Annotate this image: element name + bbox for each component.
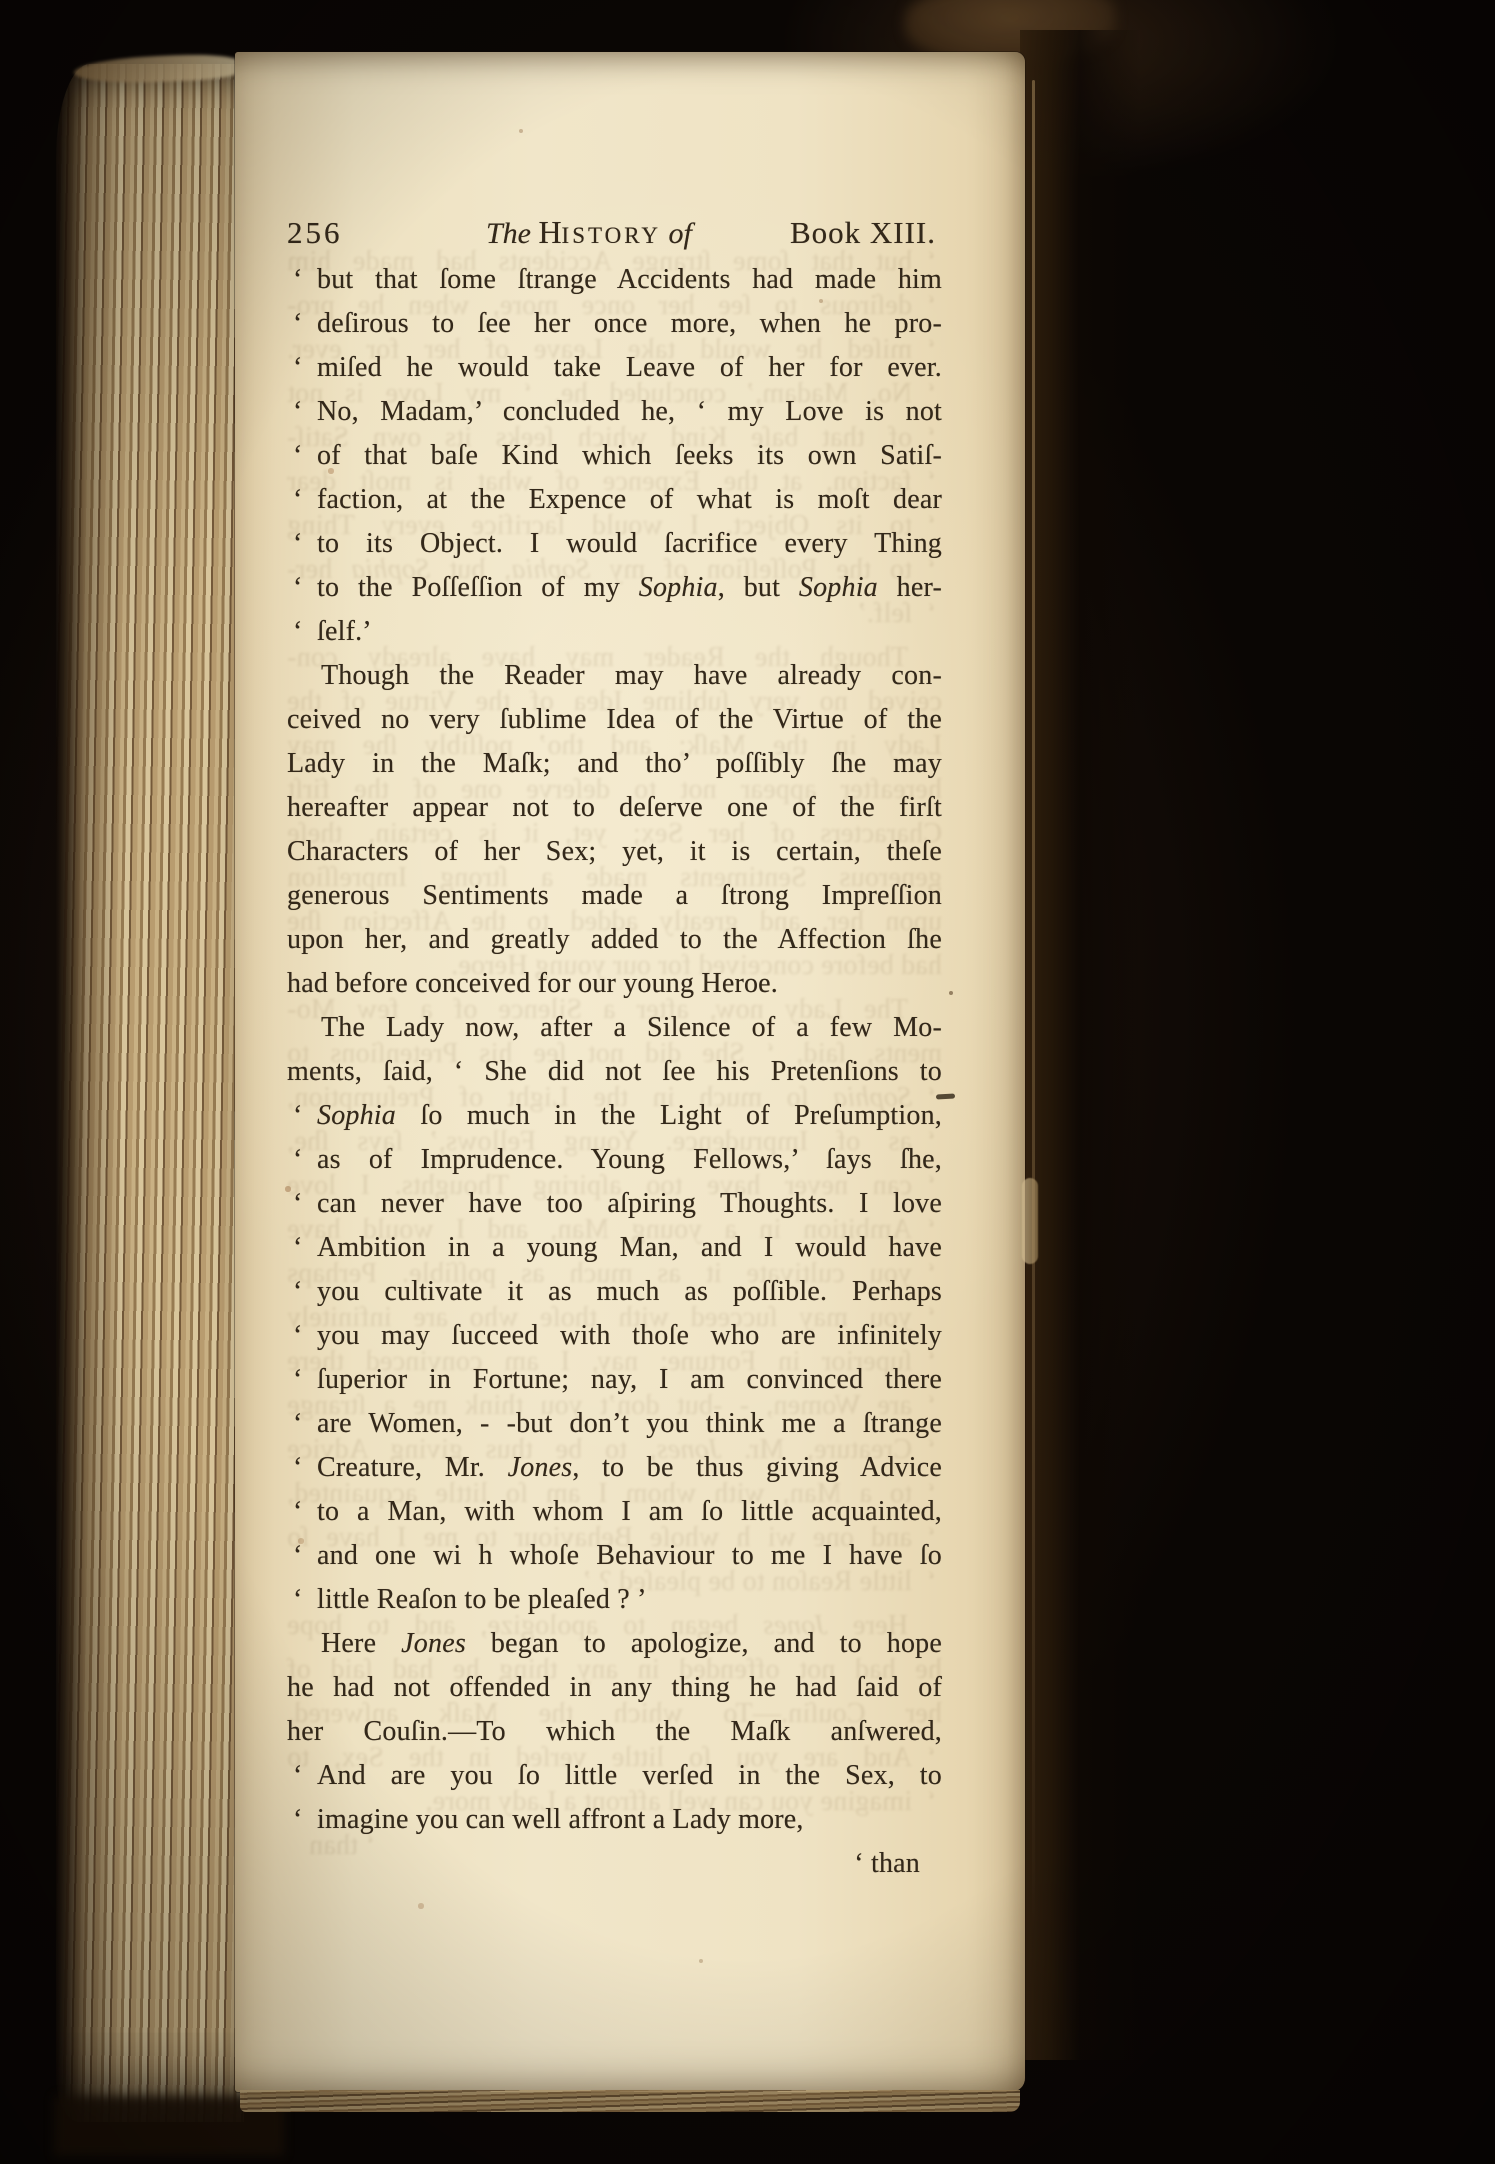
text-line: ‘of that baſe Kind which ſeeks its own S… — [287, 434, 942, 478]
text-line: ‘to the Poſſeſſion of my Sophia, but Sop… — [287, 566, 942, 610]
text-line: ‘faction, at the Expence of what is moſt… — [287, 478, 942, 522]
text-block: ‘but that ſome ſtrange Accidents had mad… — [287, 258, 942, 1886]
quote-mark: ‘ — [293, 522, 303, 566]
quote-mark: ‘ — [293, 258, 303, 302]
quote-mark: ‘ — [293, 1270, 303, 1314]
text-line: ‘are Women, - -but don’t you think me a … — [287, 1402, 942, 1446]
text-line: hereafter appear not to deſerve one of t… — [287, 786, 942, 830]
quote-mark: ‘ — [293, 1182, 303, 1226]
text-line: he had not offended in any thing he had … — [287, 1666, 942, 1710]
text-line: ‘imagine you can well affront a Lady mor… — [287, 1798, 942, 1842]
quote-mark: ‘ — [293, 1754, 303, 1798]
text-line: ‘Ambition in a young Man, and I would ha… — [287, 1226, 942, 1270]
text-line: Characters of her Sex; yet, it is certai… — [287, 830, 942, 874]
running-title-initial: H — [538, 214, 561, 250]
text-line: ‘but that ſome ſtrange Accidents had mad… — [287, 258, 942, 302]
text-line: ‘deſirous to ſee her once more, when he … — [287, 302, 942, 346]
running-title-the: The — [486, 217, 531, 250]
text-line: ‘you may ſucceed with thoſe who are infi… — [287, 1314, 942, 1358]
running-header: 256 The HISTORY of Book XIII. — [287, 214, 942, 251]
right-edge-fold — [1022, 1178, 1038, 1264]
quote-mark: ‘ — [293, 1534, 303, 1578]
quote-mark: ‘ — [293, 566, 303, 610]
text-line: ‘to a Man, with whom I am ſo little acqu… — [287, 1490, 942, 1534]
text-line: ments, ſaid, ‘ She did not ſee his Prete… — [287, 1050, 942, 1094]
quote-mark: ‘ — [293, 302, 303, 346]
text-line: ceived no very ſublime Idea of the Virtu… — [287, 698, 942, 742]
text-line: ‘Creature, Mr. Jones, to be thus giving … — [287, 1446, 942, 1490]
catchword: ‘ than — [287, 1842, 942, 1886]
text-line: ‘And are you ſo little verſed in the Sex… — [287, 1754, 942, 1798]
text-line: The Lady now, after a Silence of a few M… — [287, 1006, 942, 1050]
quote-mark: ‘ — [293, 1138, 303, 1182]
text-line: ‘and one wi h whoſe Behaviour to me I ha… — [287, 1534, 942, 1578]
quote-mark: ‘ — [293, 478, 303, 522]
text-line: ‘No, Madam,’ concluded he, ‘ my Love is … — [287, 390, 942, 434]
paper-speckles — [0, 0, 2, 2]
right-cover-edge — [1020, 30, 1140, 2060]
text-line: ‘Sophia ſo much in the Light of Preſumpt… — [287, 1094, 942, 1138]
text-line: ‘you cultivate it as much as poſſible. P… — [287, 1270, 942, 1314]
quote-mark: ‘ — [293, 1314, 303, 1358]
running-title-of: of — [668, 217, 691, 250]
text-line: ‘ſuperior in Fortune; nay, I am convince… — [287, 1358, 942, 1402]
text-line: ‘as of Imprudence. Young Fellows,’ ſays … — [287, 1138, 942, 1182]
quote-mark: ‘ — [293, 1798, 303, 1842]
quote-mark: ‘ — [293, 1226, 303, 1270]
quote-mark: ‘ — [293, 346, 303, 390]
fore-edge-page-stack — [56, 64, 244, 2122]
text-line: Though the Reader may have already con- — [287, 654, 942, 698]
running-title-rest: ISTORY — [562, 223, 661, 248]
photo-of-book-page: ‘but that ſome ſtrange Accidents had mad… — [0, 0, 1495, 2164]
text-line: Lady in the Maſk; and tho’ poſſibly ſhe … — [287, 742, 942, 786]
quote-mark: ‘ — [293, 1358, 303, 1402]
quote-mark: ‘ — [293, 434, 303, 478]
text-line: ‘little Reaſon to be pleaſed ? ’ — [287, 1578, 942, 1622]
quote-mark: ‘ — [293, 1490, 303, 1534]
quote-mark: ‘ — [293, 1446, 303, 1490]
page-number: 256 — [287, 215, 438, 251]
running-title: The HISTORY of — [438, 214, 740, 251]
book-label: Book XIII. — [740, 215, 942, 251]
facing-page-edge-line — [1032, 80, 1035, 1930]
text-line: generous Sentiments made a ſtrong Impreſ… — [287, 874, 942, 918]
text-line: ‘can never have too aſpiring Thoughts. I… — [287, 1182, 942, 1226]
quote-mark: ‘ — [293, 1094, 303, 1138]
text-line: had before conceived for our young Heroe… — [287, 962, 942, 1006]
text-line: ‘miſed he would take Leave of her for ev… — [287, 346, 942, 390]
text-line: Here Jones began to apologize, and to ho… — [287, 1622, 942, 1666]
quote-mark: ‘ — [293, 390, 303, 434]
bottom-page-edges — [240, 2090, 1020, 2112]
quote-mark: ‘ — [293, 1578, 303, 1622]
text-line: ‘ſelf.’ — [287, 610, 942, 654]
quote-mark: ‘ — [293, 610, 303, 654]
quote-mark: ‘ — [293, 1402, 303, 1446]
text-line: ‘to its Object. I would ſacrifice every … — [287, 522, 942, 566]
text-line: her Couſin.—To which the Maſk anſwered, — [287, 1710, 942, 1754]
text-line: upon her, and greatly added to the Affec… — [287, 918, 942, 962]
